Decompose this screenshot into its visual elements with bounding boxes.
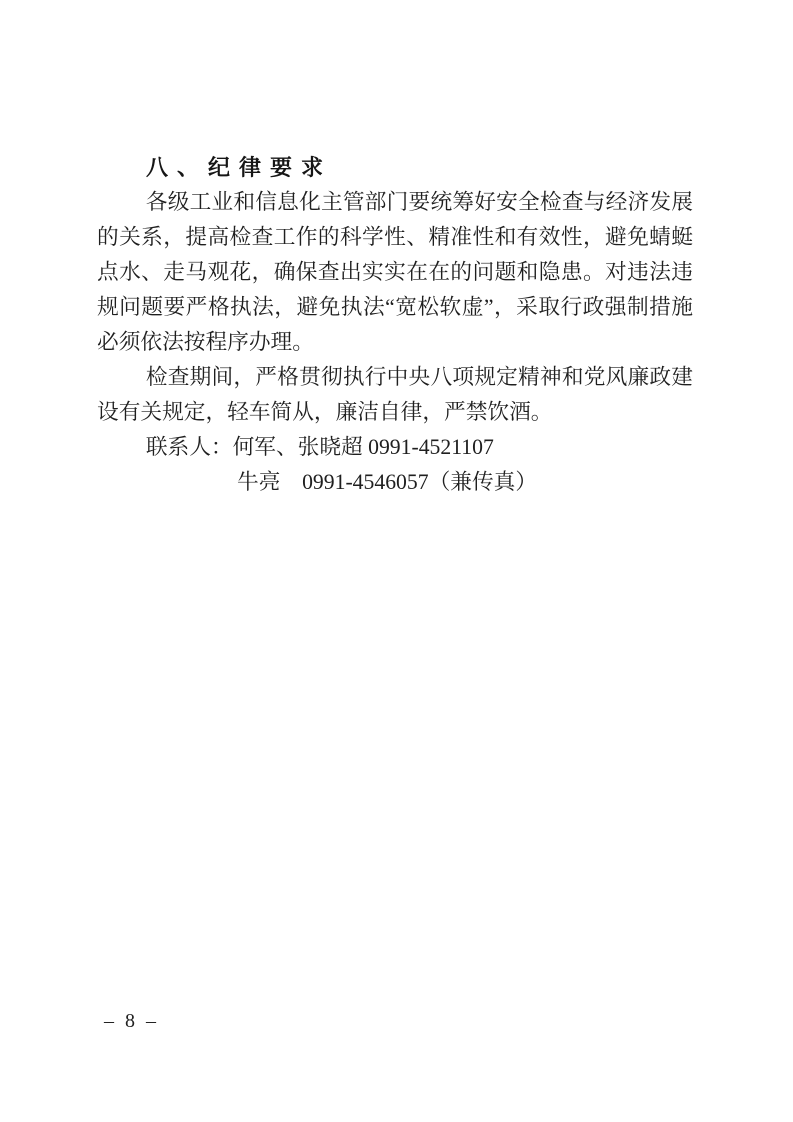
page-number: – 8 – bbox=[104, 1010, 159, 1033]
paragraph-discipline-requirements: 各级工业和信息化主管部门要统筹好安全检查与经济发展的关系，提高检查工作的科学性、… bbox=[97, 185, 693, 360]
document-body: 八、纪律要求 各级工业和信息化主管部门要统筹好安全检查与经济发展的关系，提高检查… bbox=[97, 150, 693, 500]
document-page: 八、纪律要求 各级工业和信息化主管部门要统筹好安全检查与经济发展的关系，提高检查… bbox=[0, 0, 793, 1122]
section-heading: 八、纪律要求 bbox=[97, 150, 693, 185]
contact-line-secondary: 牛亮 0991-4546057（兼传真） bbox=[97, 465, 693, 500]
contact-line-primary: 联系人：何军、张晓超 0991-4521107 bbox=[97, 430, 693, 465]
paragraph-inspection-period: 检查期间，严格贯彻执行中央八项规定精神和党风廉政建设有关规定，轻车简从，廉洁自律… bbox=[97, 360, 693, 430]
